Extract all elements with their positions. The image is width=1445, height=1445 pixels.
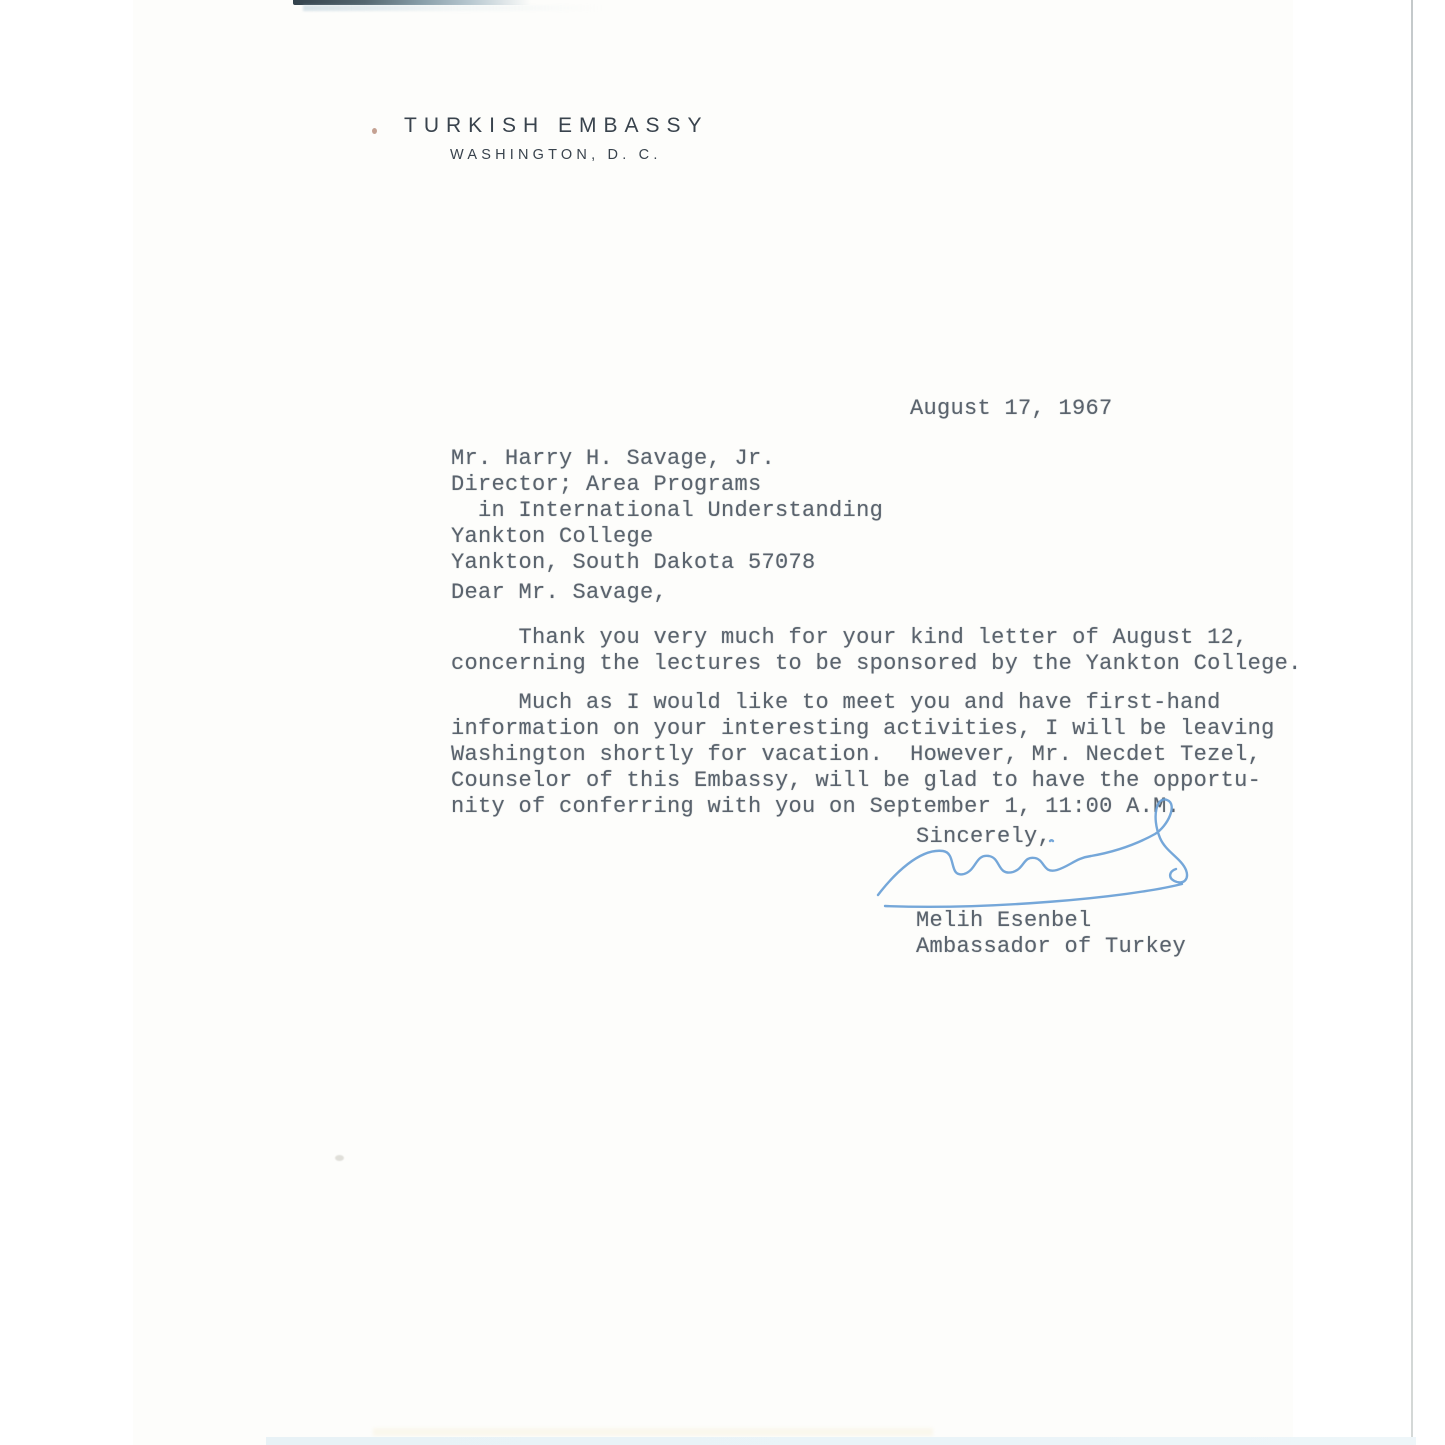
signature-svg: [864, 794, 1212, 922]
paragraph2-line: Much as I would like to meet you and hav…: [451, 690, 1275, 716]
letter-page: TURKISH EMBASSY WASHINGTON, D. C. August…: [133, 0, 1293, 1445]
paragraph1-line: Thank you very much for your kind letter…: [451, 625, 1302, 651]
recipient-institution: Yankton College: [451, 524, 883, 550]
scan-bottom-cream-artifact: [373, 1428, 933, 1436]
body-paragraph-1: Thank you very much for your kind letter…: [451, 625, 1302, 677]
scan-top-smear-artifact: [303, 5, 603, 11]
sender-title: Ambassador of Turkey: [916, 934, 1186, 960]
recipient-title-line2: in International Understanding: [451, 498, 883, 524]
scan-bottom-edge-artifact: [266, 1437, 1416, 1445]
paragraph2-line: information on your interesting activiti…: [451, 716, 1275, 742]
letter-date: August 17, 1967: [910, 396, 1113, 422]
sender-name: Melih Esenbel: [916, 908, 1092, 934]
recipient-address-block: Mr. Harry H. Savage, Jr. Director; Area …: [451, 446, 883, 576]
paper-speck: [372, 128, 377, 134]
letterhead-embassy-name: TURKISH EMBASSY: [404, 114, 709, 138]
paragraph2-line: Counselor of this Embassy, will be glad …: [451, 768, 1275, 794]
salutation: Dear Mr. Savage,: [451, 580, 667, 606]
letterhead-city: WASHINGTON, D. C.: [450, 147, 662, 163]
paragraph2-line: Washington shortly for vacation. However…: [451, 742, 1275, 768]
paper-smudge: [335, 1155, 344, 1161]
paragraph1-line: concerning the lectures to be sponsored …: [451, 651, 1302, 677]
signature-ink: [864, 794, 1212, 922]
recipient-name: Mr. Harry H. Savage, Jr.: [451, 446, 883, 472]
recipient-city-line: Yankton, South Dakota 57078: [451, 550, 883, 576]
scan-fold-line: [1411, 0, 1413, 1445]
recipient-title-line1: Director; Area Programs: [451, 472, 883, 498]
